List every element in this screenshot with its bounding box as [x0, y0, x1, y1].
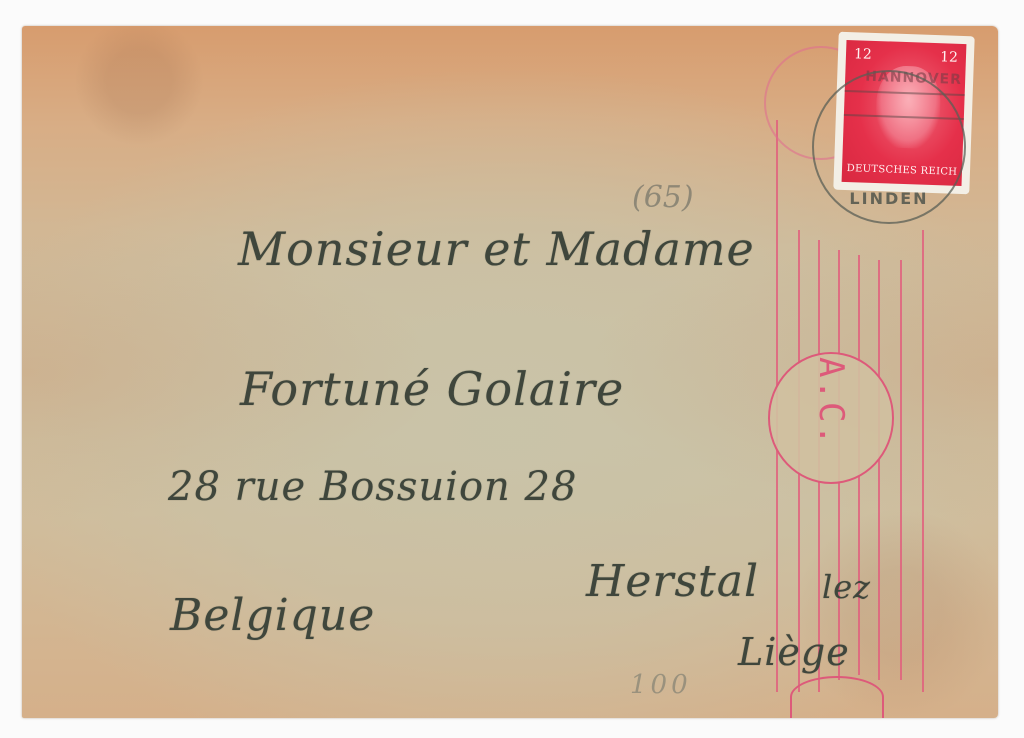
cancel-circle-bottom — [790, 676, 884, 718]
censor-mark-text: A.C. — [811, 341, 851, 463]
postmark: LINDEN — [812, 70, 966, 224]
censor-mark: A.C. — [768, 352, 894, 484]
address-salutation: Monsieur et Madame — [238, 222, 755, 276]
address-city: Herstal — [586, 556, 759, 607]
address-street: 28 rue Bossuion 28 — [168, 464, 577, 510]
address-name: Fortuné Golaire — [240, 362, 624, 416]
address-country: Belgique — [170, 590, 375, 641]
address-region: Liège — [738, 630, 850, 674]
stamp-value-left: 12 — [854, 46, 872, 63]
pencil-marking: (65) — [632, 180, 694, 215]
pencil-note: 100 — [630, 670, 692, 700]
postmark-district-text: LINDEN — [814, 189, 964, 208]
stamp-value-right: 12 — [940, 49, 958, 66]
address-city-suffix: lez — [822, 568, 871, 606]
